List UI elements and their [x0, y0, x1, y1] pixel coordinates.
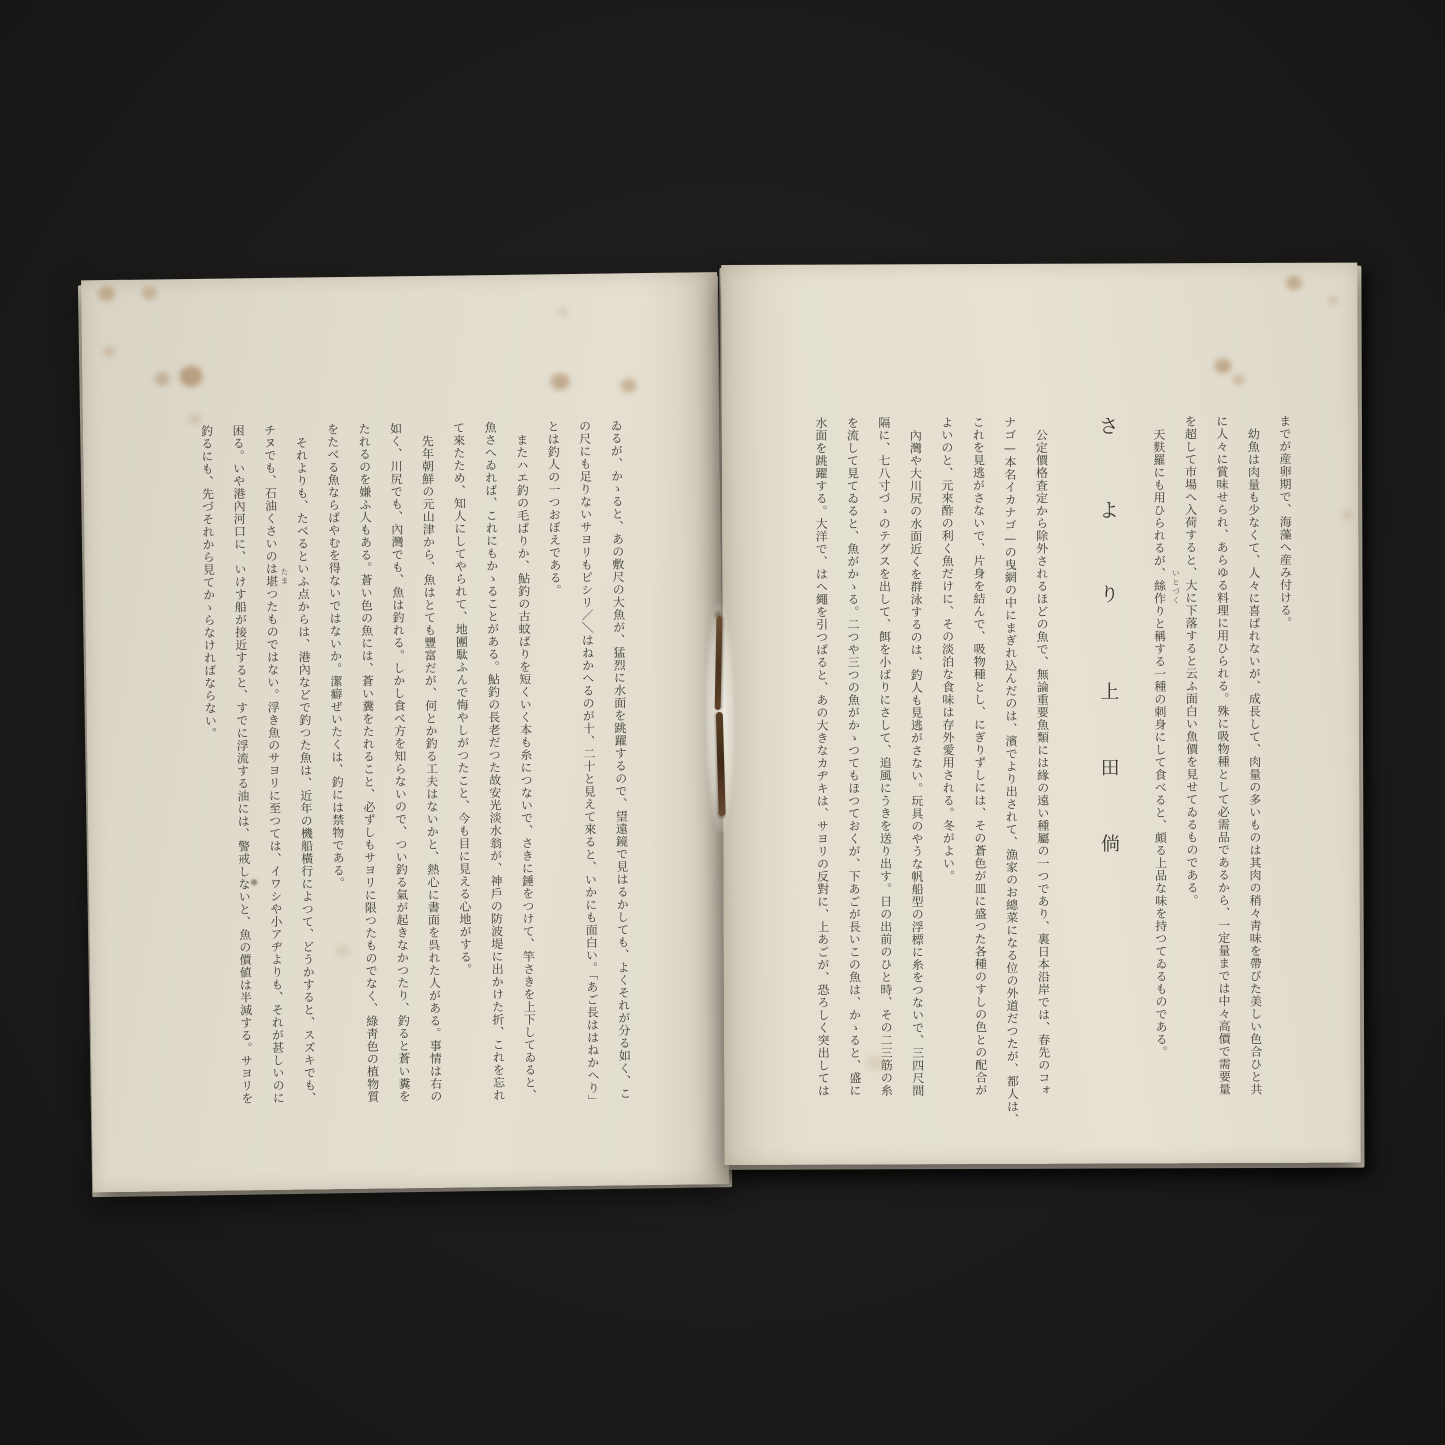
text-column: までが産卵期で、海藻へ産み付ける。 — [1268, 415, 1302, 1147]
fold-shadow — [721, 265, 798, 1165]
page-title: さより — [1095, 415, 1120, 667]
author-name: 上田倘 — [1097, 681, 1120, 909]
left-page: ゐるが、かゝると、あの敷尺の大魚が、猛烈に水面を跳躍するので、望遠鏡で見はるかし… — [81, 272, 729, 1192]
title-author-column: さより 上田倘 — [1086, 415, 1125, 1147]
text-column: 幼魚は肉量も少なくて、人々に喜ばれないが、成長して、肉量の多いものは其肉の稍々靑… — [1237, 415, 1271, 1147]
right-page-text-block: までが産卵期で、海藻へ産み付ける。 幼魚は肉量も少なくて、人々に喜ばれないが、成… — [804, 415, 1302, 1149]
text-column: よいのと、元來酢の利く魚だけに、その淡泊な食味は存外愛用される。冬がよい。 — [930, 416, 964, 1148]
left-page-text-block: ゐるが、かゝると、あの敷尺の大魚が、猛烈に水面を跳躍するので、望遠鏡で見はるかし… — [190, 419, 640, 1125]
open-booklet: ゐるが、かゝると、あの敷尺の大魚が、猛烈に水面を跳躍するので、望遠鏡で見はるかし… — [84, 262, 1362, 1193]
text-column: 水面を跳躍する。大洋で、はへ繩を引つぱると、あの大きなカヂキは、サヨリの反對に、… — [804, 417, 838, 1149]
furigana-tamatta: たま — [279, 568, 290, 586]
text-column: 天麩羅にも用ひられるが、絲作りと稱する一種の刺身にして食べると、頗る上品な味を持… — [1142, 415, 1176, 1147]
text-column: 內灣や大川尻の水面近くを群泳するのは、釣人も見逃がさない。玩具のやうな帆船型の浮… — [899, 416, 933, 1148]
text-column: これを見逃がさないで、片身を結んで、吸物種とし、にぎりずしには、その蒼色が皿に盛… — [962, 416, 996, 1148]
text-column: を流して見てゐると、魚がかゝる。二つや三つの魚がかゝつてもほつておくが、下あごが… — [836, 416, 870, 1148]
text-column: 隔に、七八寸づゝのテグスを出して、餌を小ばりにさして、追風にうきを送り出す。日の… — [867, 416, 901, 1148]
text-column: を超して市場へ入荷すると、大に下落すると云ふ面白い魚價を見せてゐるものである。 — [1174, 415, 1208, 1147]
text-column: に人々に賞味せられ、あらゆる料理に用ひられる。殊に吸物種として必需品であるから、… — [1205, 415, 1239, 1147]
furigana-itozukuri: いとづく — [1170, 569, 1181, 605]
right-page: までが産卵期で、海藻へ産み付ける。 幼魚は肉量も少なくて、人々に喜ばれないが、成… — [721, 263, 1360, 1165]
text-column: 公定價格査定から除外されるほどの魚で、無論重要魚類には緣の遠い種屬の一つであり、… — [1025, 416, 1059, 1148]
text-column: ナゴ—本名イカナゴ—の曳網の中にまぎれ込んだのは、濱でより出されて、漁家のお總菜… — [993, 416, 1027, 1148]
